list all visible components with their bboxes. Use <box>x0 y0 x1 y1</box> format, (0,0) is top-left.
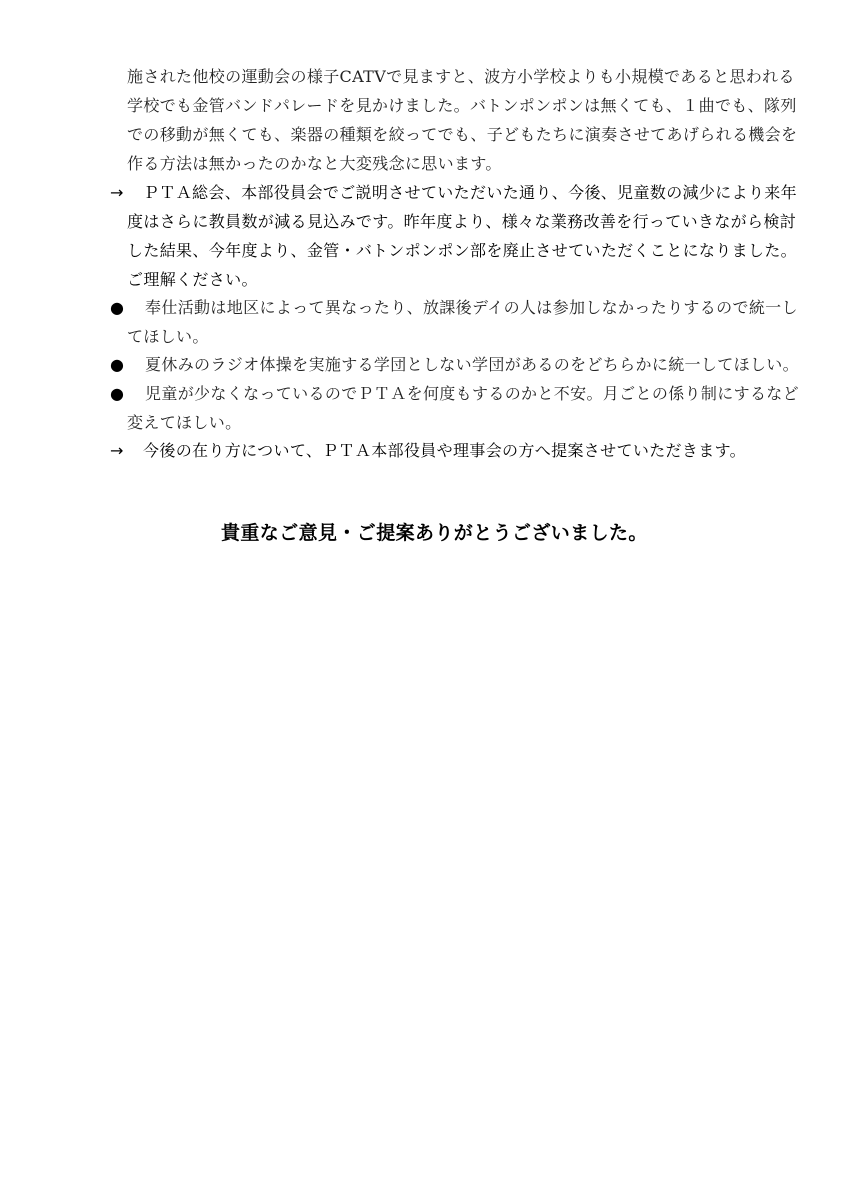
bullet-icon: ● <box>110 298 124 318</box>
opinion-line: 児童が少なくなっているのでＰＴＡを何度もするのかと不安。月ごとの係り制にするなど <box>145 384 799 404</box>
opinion-line: 夏休みのラジオ体操を実施する学団としない学団があるのをどちらかに統一してほしい。 <box>145 355 799 375</box>
paragraph-line: 学校でも金管バンドパレードを見かけました。バトンポンポンは無くても、１曲でも、隊… <box>127 96 797 116</box>
arrow-icon: → <box>110 441 123 461</box>
opinion-line: 奉仕活動は地区によって異なったり、放課後デイの人は参加しなかったりするので統一し <box>145 298 798 318</box>
response-line: 度はさらに教員数が減る見込みです。昨年度より、様々な業務改善を行っていきながら検… <box>127 212 796 232</box>
response-line: 今後の在り方について、ＰＴＡ本部役員や理事会の方へ提案させていただきます。 <box>143 441 746 461</box>
bullet-icon: ● <box>110 355 124 375</box>
response-line: した結果、今年度より、金管・バトンポンポン部を廃止させていただくことになりました… <box>127 241 797 261</box>
opinion-line: てほしい。 <box>127 327 209 347</box>
response-line: ＰＴＡ総会、本部役員会でご説明させていただいた通り、今後、児童数の減少により来年 <box>143 183 797 203</box>
closing-statement: 貴重なご意見・ご提案ありがとうございました。 <box>221 521 648 545</box>
bullet-icon: ● <box>110 384 124 404</box>
paragraph-line: 施された他校の運動会の様子CATVで見ますと、波方小学校よりも小規模であると思わ… <box>127 67 795 87</box>
paragraph-line: 作る方法は無かったのかなと大変残念に思います。 <box>127 154 502 174</box>
response-line: ご理解ください。 <box>127 270 258 290</box>
arrow-icon: → <box>110 183 123 203</box>
paragraph-line: での移動が無くても、楽器の種類を絞ってでも、子どもたちに演奏させてあげられる機会… <box>127 125 797 145</box>
opinion-line: 変えてほしい。 <box>127 413 241 433</box>
document-page: 施された他校の運動会の様子CATVで見ますと、波方小学校よりも小規模であると思わ… <box>0 0 849 1200</box>
